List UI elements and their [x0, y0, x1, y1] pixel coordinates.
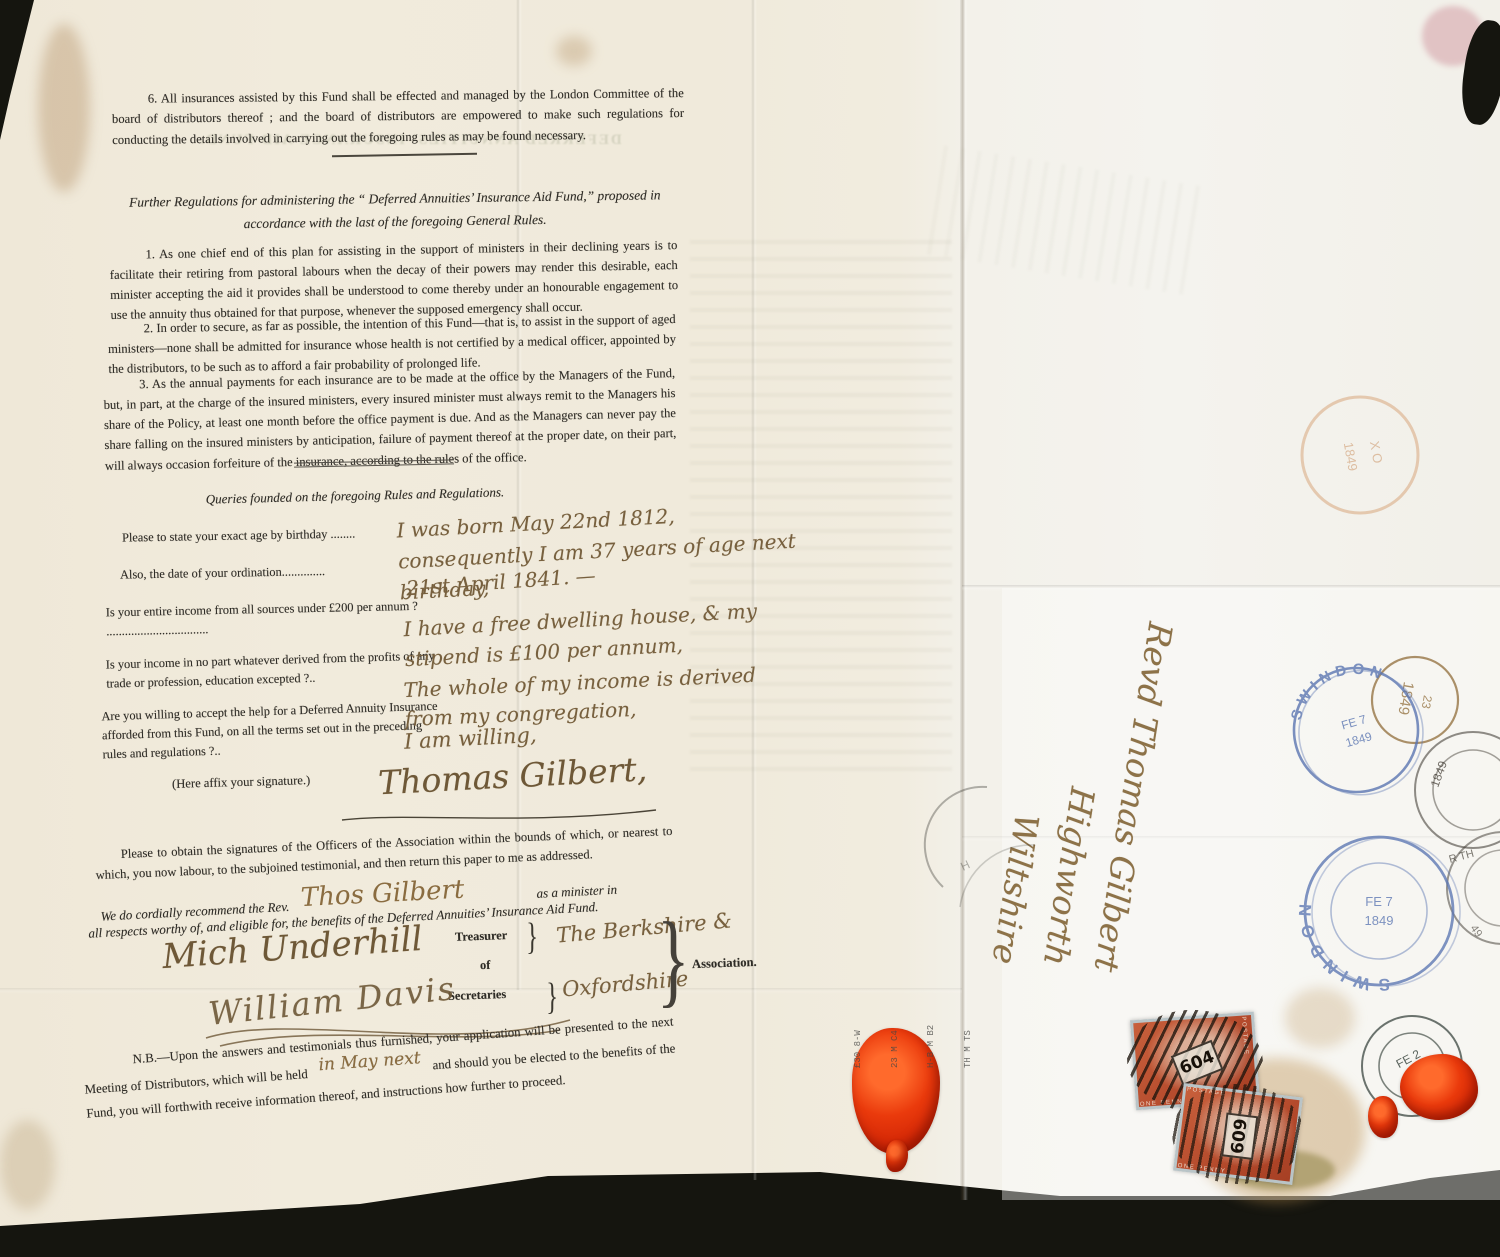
svg-text:X O: X O	[1367, 440, 1386, 465]
cancel-number: 609	[1228, 1117, 1252, 1155]
cancel-number-patch: 609	[1221, 1112, 1258, 1160]
wax-spot-small	[1368, 1096, 1398, 1138]
svg-text:1849: 1849	[1344, 729, 1374, 750]
postmark-red-faint: X O 1849	[1290, 385, 1430, 525]
pencil-note-line: H-B M B2	[925, 1025, 937, 1068]
paragraph-3: 3. As the annual payments for each insur…	[103, 363, 677, 476]
query-income-label: Is your entire income from all sources u…	[106, 597, 429, 641]
pencil-note-line: £30 8-W	[852, 1025, 864, 1068]
treasurer-label: Treasurer	[455, 928, 508, 945]
pencil-note-line: 23 M C4	[889, 1025, 901, 1068]
postmark-partial: H	[915, 775, 1045, 915]
svg-text:1849: 1849	[1341, 441, 1361, 472]
pencil-notes: £30 8-W 23 M C4 H-B M B2 TH M TS	[828, 1025, 998, 1068]
penny-red-stamp-2: POSTAGE ONE PENNY 609	[1173, 1083, 1303, 1185]
svg-text:FE 7: FE 7	[1365, 894, 1392, 909]
stain	[556, 36, 592, 66]
fold-crease	[962, 585, 1500, 591]
big-brace: }	[657, 898, 690, 1019]
wax-spot	[1400, 1054, 1478, 1120]
stain	[38, 24, 90, 192]
query-willing-label: Are you willing to accept the help for a…	[101, 697, 443, 765]
svg-text:FE 7: FE 7	[1340, 712, 1369, 733]
svg-text:R TH: R TH	[1448, 848, 1476, 866]
of-label: of	[480, 958, 491, 973]
brace: }	[526, 915, 538, 959]
stain	[0, 1120, 55, 1210]
svg-text:1849: 1849	[1365, 913, 1394, 928]
cancel-number: 604	[1177, 1047, 1217, 1079]
scanned-entire-letter: DEFERRED ANNUITIES' INSURANCE AID FUND. …	[0, 0, 1500, 1257]
svg-text:1849: 1849	[1428, 759, 1450, 789]
further-regulations-heading: Further Regulations for administering th…	[112, 184, 679, 237]
association-label: Association.	[692, 955, 757, 972]
svg-text:H: H	[958, 857, 972, 873]
pencil-note-line: TH M TS	[962, 1025, 974, 1068]
paragraph-6: 6. All insurances assisted by this Fund …	[112, 83, 685, 150]
